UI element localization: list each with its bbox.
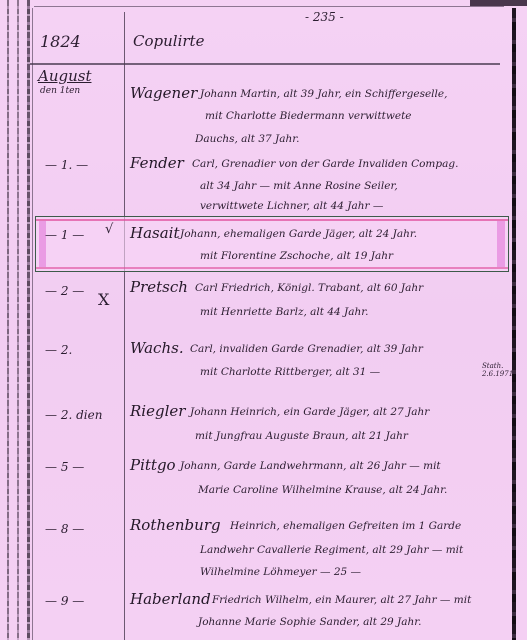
record-line: mit Jungfrau Auguste Braun, alt 21 Jahr <box>195 430 408 442</box>
record-line: Johanne Marie Sophie Sander, alt 29 Jahr… <box>198 616 421 628</box>
record-line: Carl, Grenadier von der Garde Invaliden … <box>192 158 458 170</box>
record-line: Heinrich, ehemaligen Gefreiten im 1 Gard… <box>230 520 461 532</box>
record-line: verwittwete Lichner, alt 44 Jahr — <box>200 200 383 212</box>
record-surname: Wagener <box>130 84 197 102</box>
page-number: - 235 - <box>305 10 344 24</box>
record-line: Johann Martin, alt 39 Jahr, ein Schiffer… <box>200 88 447 100</box>
record-surname: Rothenburg <box>130 516 221 534</box>
record-date: — 1. — <box>45 158 88 172</box>
highlight-top-line <box>36 219 508 221</box>
top-rule <box>34 6 504 7</box>
record-line: Carl, invaliden Garde Grenadier, alt 39 … <box>190 343 423 355</box>
record-line: Johann, Garde Landwehrmann, alt 26 Jahr … <box>180 460 441 472</box>
record-line: Wilhelmine Löhmeyer — 25 — <box>200 566 361 578</box>
column-divider <box>124 12 125 640</box>
binding-edge <box>17 0 19 640</box>
month-subheading: den 1ten <box>40 86 80 96</box>
binding-edge <box>27 0 30 640</box>
record-date: — 2 — <box>45 284 84 298</box>
record-line: alt 34 Jahr — mit Anne Rosine Seiler, <box>200 180 398 192</box>
record-date: — 5 — <box>45 460 84 474</box>
annotation-line: Stath. <box>482 362 513 370</box>
margin-annotation: Stath. 2.6.1971 <box>482 362 513 378</box>
register-page: - 235 - 1824 Copulirte August den 1ten W… <box>0 0 527 640</box>
year-heading: 1824 <box>40 32 81 51</box>
record-surname: Wachs. <box>130 339 184 357</box>
highlight-bottom-line <box>36 267 508 269</box>
margin-rule <box>32 8 33 640</box>
record-surname: Hasait <box>130 224 180 242</box>
record-surname: Pretsch <box>130 278 188 296</box>
record-line: mit Charlotte Rittberger, alt 31 — <box>200 366 380 378</box>
header-rule <box>30 63 500 65</box>
column-title: Copulirte <box>133 32 204 50</box>
record-date: — 1 — <box>45 228 84 242</box>
annotation-line: 2.6.1971 <box>482 370 513 378</box>
page-right-edge <box>512 8 516 640</box>
highlight-right-band <box>497 221 505 267</box>
binding-edge <box>7 0 9 640</box>
record-surname: Riegler <box>130 402 185 420</box>
record-date: — 2. dien <box>45 408 102 422</box>
record-date: — 9 — <box>45 594 84 608</box>
record-line: Friedrich Wilhelm, ein Maurer, alt 27 Ja… <box>212 594 471 606</box>
month-heading: August <box>38 67 91 85</box>
record-line: Marie Caroline Wilhelmine Krause, alt 24… <box>198 484 447 496</box>
record-line: mit Florentine Zschoche, alt 19 Jahr <box>200 250 393 262</box>
record-date: — 8 — <box>45 522 84 536</box>
record-line: Carl Friedrich, Königl. Trabant, alt 60 … <box>195 282 423 294</box>
record-surname: Haberland <box>130 590 211 608</box>
check-mark-icon: √ <box>105 222 113 237</box>
record-line: Landwehr Cavallerie Regiment, alt 29 Jah… <box>200 544 463 556</box>
record-date: — 2. <box>45 343 72 357</box>
record-line: mit Charlotte Biedermann verwittwete <box>205 110 412 122</box>
record-surname: Fender <box>130 154 184 172</box>
record-line: mit Henriette Barlz, alt 44 Jahr. <box>200 306 368 318</box>
record-surname: Pittgo <box>130 456 176 474</box>
record-line: Dauchs, alt 37 Jahr. <box>195 133 299 145</box>
record-line: Johann, ehemaligen Garde Jäger, alt 24 J… <box>180 228 417 240</box>
record-line: Johann Heinrich, ein Garde Jäger, alt 27… <box>190 406 429 418</box>
cross-mark-icon: X <box>98 290 109 309</box>
